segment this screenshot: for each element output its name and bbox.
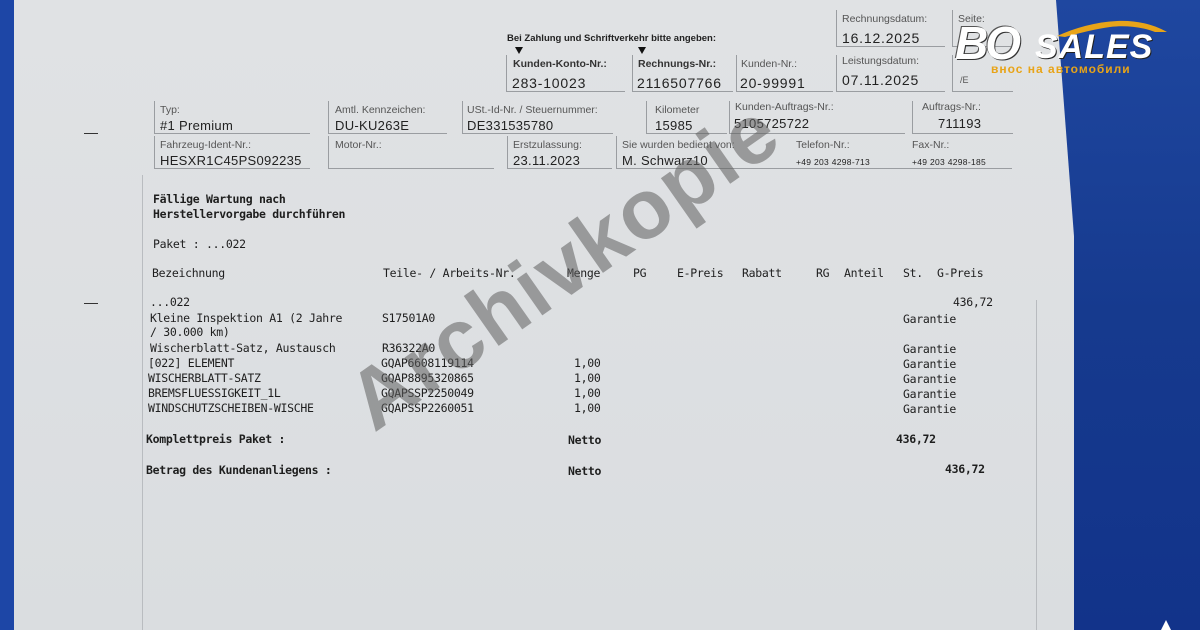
row-menge: 1,00 <box>574 356 601 370</box>
typ-label: Typ: <box>160 104 180 116</box>
kennzeichen-value: DU-KU263E <box>335 118 409 133</box>
col-g-preis: G-Preis <box>937 266 983 280</box>
row-menge: 1,00 <box>574 371 601 385</box>
logo-sales-text: SALES <box>1035 28 1153 66</box>
col-rg: RG <box>816 266 829 280</box>
row-status: Garantie <box>903 312 956 326</box>
kunden-nr-label: Kunden-Nr.: <box>741 58 797 70</box>
row-menge: 1,00 <box>574 386 601 400</box>
group-price: 436,72 <box>953 295 993 309</box>
rechnungsdatum-label: Rechnungsdatum: <box>842 13 927 25</box>
row-bezeichnung: / 30.000 km) <box>150 325 229 339</box>
bo-sales-logo: BO SALES внос на автомобили <box>955 18 1185 78</box>
row-bezeichnung: BREMSFLUESSIGKEIT_1L <box>148 386 280 400</box>
fax-label: Fax-Nr.: <box>912 139 949 151</box>
row-status: Garantie <box>903 402 956 416</box>
ust-id-label: USt.-Id-Nr. / Steuernummer: <box>467 104 598 116</box>
row-bezeichnung: WINDSCHUTZSCHEIBEN-WISCHE <box>148 401 314 415</box>
kunden-nr-value: 20-99991 <box>740 75 806 91</box>
row-status: Garantie <box>903 387 956 401</box>
paket-label: Paket : ...022 <box>153 237 246 251</box>
erstzulassung-value: 23.11.2023 <box>513 153 580 168</box>
row-status: Garantie <box>903 357 956 371</box>
kunden-konto-label: Kunden-Konto-Nr.: <box>513 58 607 70</box>
mouse-cursor-icon <box>1160 620 1172 630</box>
logo-tagline: внос на автомобили <box>991 62 1131 76</box>
rechnungs-nr-value: 2116507766 <box>637 75 722 91</box>
logo-bo-text: BO <box>955 18 1018 68</box>
kilometer-label: Kilometer <box>655 104 699 116</box>
row-status: Garantie <box>903 342 956 356</box>
payment-note: Bei Zahlung und Schriftverkehr bitte ang… <box>507 33 716 44</box>
auftrags-nr-label: Auftrags-Nr.: <box>922 101 981 113</box>
ust-id-value: DE331535780 <box>467 118 553 133</box>
komplettpreis-label: Komplettpreis Paket : <box>146 432 285 446</box>
fahrzeug-ident-label: Fahrzeug-Ident-Nr.: <box>160 139 251 151</box>
kennzeichen-label: Amtl. Kennzeichen: <box>335 104 425 116</box>
rechnungs-nr-label: Rechnungs-Nr.: <box>638 58 716 70</box>
rechnungsdatum-value: 16.12.2025 <box>842 30 920 46</box>
row-bezeichnung: WISCHERBLATT-SATZ <box>148 371 261 385</box>
arrow-down-icon <box>515 47 523 54</box>
margin-mark <box>84 133 98 134</box>
group-code: ...022 <box>150 295 190 309</box>
betrag-netto: Netto <box>568 464 601 478</box>
fahrzeug-ident-value: HESXR1C45PS092235 <box>160 153 302 168</box>
margin-mark <box>84 303 98 304</box>
komplettpreis-value: 436,72 <box>896 432 936 446</box>
col-bezeichnung: Bezeichnung <box>152 266 225 280</box>
col-rabatt: Rabatt <box>742 266 782 280</box>
fax-value: +49 203 4298-185 <box>912 157 986 167</box>
row-bezeichnung: Wischerblatt-Satz, Austausch <box>150 341 335 355</box>
leistungsdatum-value: 07.11.2025 <box>842 72 919 88</box>
service-title-line2: Herstellervorgabe durchführen <box>153 207 345 221</box>
row-menge: 1,00 <box>574 401 601 415</box>
erstzulassung-label: Erstzulassung: <box>513 139 582 151</box>
row-bezeichnung: [022] ELEMENT <box>148 356 234 370</box>
motor-nr-label: Motor-Nr.: <box>335 139 382 151</box>
row-status: Garantie <box>903 372 956 386</box>
komplettpreis-netto: Netto <box>568 433 601 447</box>
kunden-konto-value: 283-10023 <box>512 75 586 91</box>
telefon-label: Telefon-Nr.: <box>796 139 850 151</box>
sheet-fold-line-right <box>1036 300 1037 630</box>
typ-value: #1 Premium <box>160 118 233 133</box>
col-st: St. <box>903 266 923 280</box>
row-bezeichnung: Kleine Inspektion A1 (2 Jahre <box>150 311 342 325</box>
service-title-line1: Fällige Wartung nach <box>153 192 285 206</box>
auftrags-nr-value: 711193 <box>938 116 981 131</box>
telefon-value: +49 203 4298-713 <box>796 157 870 167</box>
sheet-fold-line <box>142 175 143 630</box>
betrag-label: Betrag des Kundenanliegens : <box>146 463 331 477</box>
col-anteil: Anteil <box>844 266 884 280</box>
background-left <box>0 0 14 630</box>
col-e-preis: E-Preis <box>677 266 723 280</box>
betrag-value: 436,72 <box>945 462 985 476</box>
leistungsdatum-label: Leistungsdatum: <box>842 55 919 67</box>
arrow-down-icon <box>638 47 646 54</box>
